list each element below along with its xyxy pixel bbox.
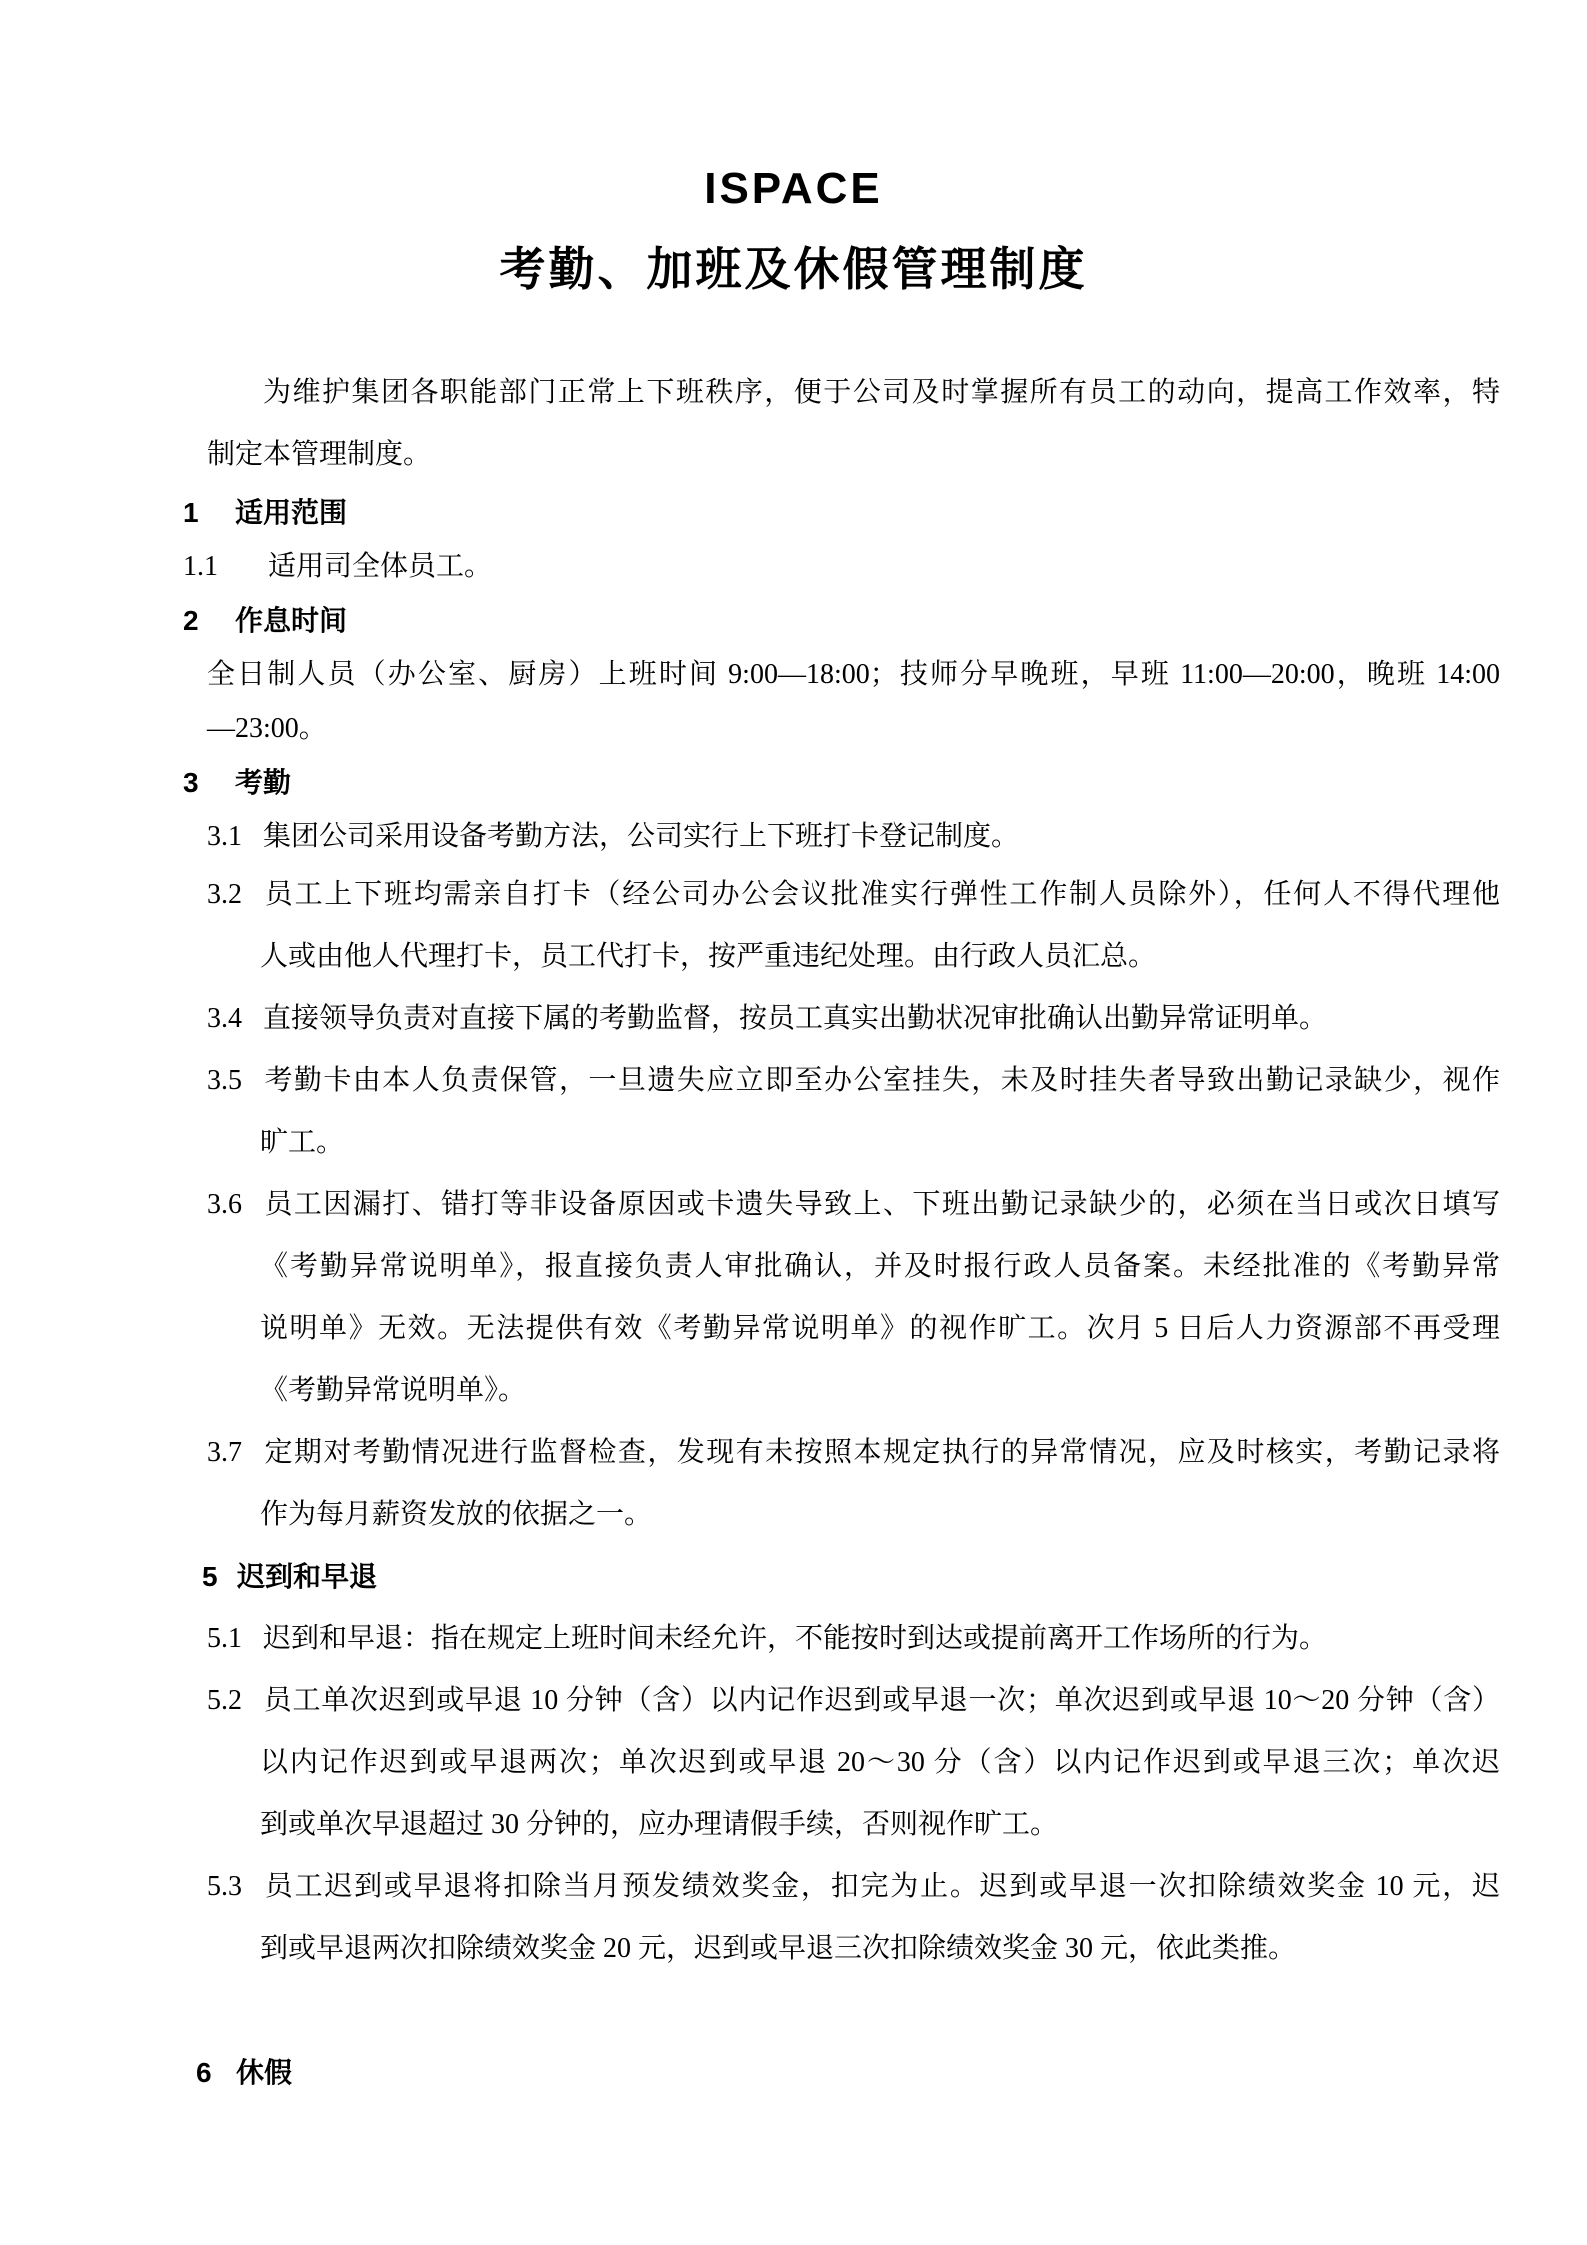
text-line: 制定本管理制度。 [207, 424, 1500, 486]
paragraph: 为维护集团各职能部门正常上下班秩序，便于公司及时掌握所有员工的动向，提高工作效率… [207, 362, 1587, 486]
heading-line: 2作息时间 [183, 594, 1500, 648]
clause-number: 3.5 [207, 1050, 263, 1112]
section-number: 6 [196, 2042, 236, 2104]
section-heading-2: 2作息时间 [183, 594, 1587, 648]
text-line: 到或单次早退超过 30 分钟的，应办理请假手续，否则视作旷工。 [207, 1794, 1500, 1856]
section-number: 5 [202, 1546, 237, 1608]
section-label: 作息时间 [235, 605, 347, 636]
clause-5.1: 5.1迟到和早退：指在规定上班时间未经允许，不能按时到达或提前离开工作场所的行为… [207, 1608, 1587, 1670]
clause-text: 考勤卡由本人负责保管，一旦遗失应立即至办公室挂失，未及时挂失者导致出勤记录缺少，… [263, 1065, 1500, 1096]
clause-3.6: 3.6员工因漏打、错打等非设备原因或卡遗失导致上、下班出勤记录缺少的，必须在当日… [207, 1174, 1587, 1422]
text-line: 3.6员工因漏打、错打等非设备原因或卡遗失导致上、下班出勤记录缺少的，必须在当日… [207, 1174, 1500, 1236]
section-heading-5: 5迟到和早退 [202, 1546, 1587, 1608]
text-line: 说明单》无效。无法提供有效《考勤异常说明单》的视作旷工。次月 5 日后人力资源部… [207, 1298, 1500, 1360]
clause-number: 3.4 [207, 988, 263, 1050]
text-line: —23:00。 [207, 702, 1500, 756]
text-line: 3.5考勤卡由本人负责保管，一旦遗失应立即至办公室挂失，未及时挂失者导致出勤记录… [207, 1050, 1500, 1112]
section-number: 3 [183, 756, 235, 810]
clause-5.3: 5.3员工迟到或早退将扣除当月预发绩效奖金，扣完为止。迟到或早退一次扣除绩效奖金… [207, 1856, 1587, 1980]
section-label: 适用范围 [235, 497, 347, 528]
heading-line: 1适用范围 [183, 486, 1500, 540]
text-line: 5.2员工单次迟到或早退 10 分钟（含）以内记作迟到或早退一次；单次迟到或早退… [207, 1670, 1500, 1732]
paragraph: 全日制人员（办公室、厨房）上班时间 9:00—18:00；技师分早晚班，早班 1… [207, 648, 1587, 756]
text-line: 以内记作迟到或早退两次；单次迟到或早退 20～30 分（含）以内记作迟到或早退三… [207, 1732, 1500, 1794]
text-line: 1.1适用司全体员工。 [183, 540, 1500, 594]
document-body: 为维护集团各职能部门正常上下班秩序，便于公司及时掌握所有员工的动向，提高工作效率… [0, 362, 1587, 2104]
clause-number: 1.1 [183, 540, 268, 594]
heading-line: 6休假 [196, 2042, 1500, 2104]
section-heading-6: 6休假 [196, 2042, 1587, 2104]
document-page: ISPACE 考勤、加班及休假管理制度 为维护集团各职能部门正常上下班秩序，便于… [0, 0, 1587, 2245]
text-line: 到或早退两次扣除绩效奖金 20 元，迟到或早退三次扣除绩效奖金 30 元，依此类… [207, 1918, 1500, 1980]
clause-1.1: 1.1适用司全体员工。 [183, 540, 1587, 594]
clause-text: 直接领导负责对直接下属的考勤监督，按员工真实出勤状况审批确认出勤异常证明单。 [263, 1003, 1327, 1034]
section-label: 迟到和早退 [237, 1561, 377, 1592]
clause-text: 适用司全体员工。 [268, 551, 492, 582]
text-line: 5.1迟到和早退：指在规定上班时间未经允许，不能按时到达或提前离开工作场所的行为… [207, 1608, 1500, 1670]
clause-text: 集团公司采用设备考勤方法，公司实行上下班打卡登记制度。 [263, 821, 1019, 852]
text-line: 3.2员工上下班均需亲自打卡（经公司办公会议批准实行弹性工作制人员除外），任何人… [207, 864, 1500, 926]
clause-text: 定期对考勤情况进行监督检查，发现有未按照本规定执行的异常情况，应及时核实，考勤记… [263, 1437, 1500, 1468]
text-line: 3.1集团公司采用设备考勤方法，公司实行上下班打卡登记制度。 [207, 810, 1500, 864]
text-line: 3.4直接领导负责对直接下属的考勤监督，按员工真实出勤状况审批确认出勤异常证明单… [207, 988, 1500, 1050]
clause-3.4: 3.4直接领导负责对直接下属的考勤监督，按员工真实出勤状况审批确认出勤异常证明单… [207, 988, 1587, 1050]
clause-number: 5.1 [207, 1608, 263, 1670]
section-heading-1: 1适用范围 [183, 486, 1587, 540]
text-line: 5.3员工迟到或早退将扣除当月预发绩效奖金，扣完为止。迟到或早退一次扣除绩效奖金… [207, 1856, 1500, 1918]
clause-number: 3.1 [207, 810, 263, 864]
blank-line [0, 1980, 1587, 2042]
text-line: 人或由他人代理打卡，员工代打卡，按严重违纪处理。由行政人员汇总。 [207, 926, 1500, 988]
text-line: 作为每月薪资发放的依据之一。 [207, 1484, 1500, 1546]
section-number: 2 [183, 594, 235, 648]
clause-number: 5.2 [207, 1670, 263, 1732]
section-heading-3: 3考勤 [183, 756, 1587, 810]
heading-line: 3考勤 [183, 756, 1500, 810]
text-line: 3.7定期对考勤情况进行监督检查，发现有未按照本规定执行的异常情况，应及时核实，… [207, 1422, 1500, 1484]
text-line: 全日制人员（办公室、厨房）上班时间 9:00—18:00；技师分早晚班，早班 1… [207, 648, 1500, 702]
clause-number: 3.7 [207, 1422, 263, 1484]
heading-line: 5迟到和早退 [202, 1546, 1500, 1608]
clause-3.2: 3.2员工上下班均需亲自打卡（经公司办公会议批准实行弹性工作制人员除外），任何人… [207, 864, 1587, 988]
clause-number: 3.6 [207, 1174, 263, 1236]
clause-number: 3.2 [207, 864, 263, 926]
text-line: 《考勤异常说明单》，报直接负责人审批确认，并及时报行政人员备案。未经批准的《考勤… [207, 1236, 1500, 1298]
clause-5.2: 5.2员工单次迟到或早退 10 分钟（含）以内记作迟到或早退一次；单次迟到或早退… [207, 1670, 1587, 1856]
clause-text: 员工单次迟到或早退 10 分钟（含）以内记作迟到或早退一次；单次迟到或早退 10… [263, 1685, 1500, 1716]
clause-text: 员工上下班均需亲自打卡（经公司办公会议批准实行弹性工作制人员除外），任何人不得代… [263, 879, 1500, 910]
clause-text: 迟到和早退：指在规定上班时间未经允许，不能按时到达或提前离开工作场所的行为。 [263, 1623, 1327, 1654]
clause-text: 员工因漏打、错打等非设备原因或卡遗失导致上、下班出勤记录缺少的，必须在当日或次日… [263, 1189, 1500, 1220]
text-line: 为维护集团各职能部门正常上下班秩序，便于公司及时掌握所有员工的动向，提高工作效率… [207, 362, 1500, 424]
text-line: 《考勤异常说明单》。 [207, 1360, 1500, 1422]
section-label: 休假 [236, 2057, 292, 2088]
clause-3.1: 3.1集团公司采用设备考勤方法，公司实行上下班打卡登记制度。 [207, 810, 1587, 864]
clause-3.7: 3.7定期对考勤情况进行监督检查，发现有未按照本规定执行的异常情况，应及时核实，… [207, 1422, 1587, 1546]
section-label: 考勤 [235, 767, 291, 798]
document-title: 考勤、加班及休假管理制度 [0, 242, 1587, 296]
section-number: 1 [183, 486, 235, 540]
clause-number: 5.3 [207, 1856, 263, 1918]
clause-3.5: 3.5考勤卡由本人负责保管，一旦遗失应立即至办公室挂失，未及时挂失者导致出勤记录… [207, 1050, 1587, 1174]
text-line: 旷工。 [207, 1112, 1500, 1174]
clause-text: 员工迟到或早退将扣除当月预发绩效奖金，扣完为止。迟到或早退一次扣除绩效奖金 10… [263, 1871, 1500, 1902]
company-title: ISPACE [0, 166, 1587, 212]
